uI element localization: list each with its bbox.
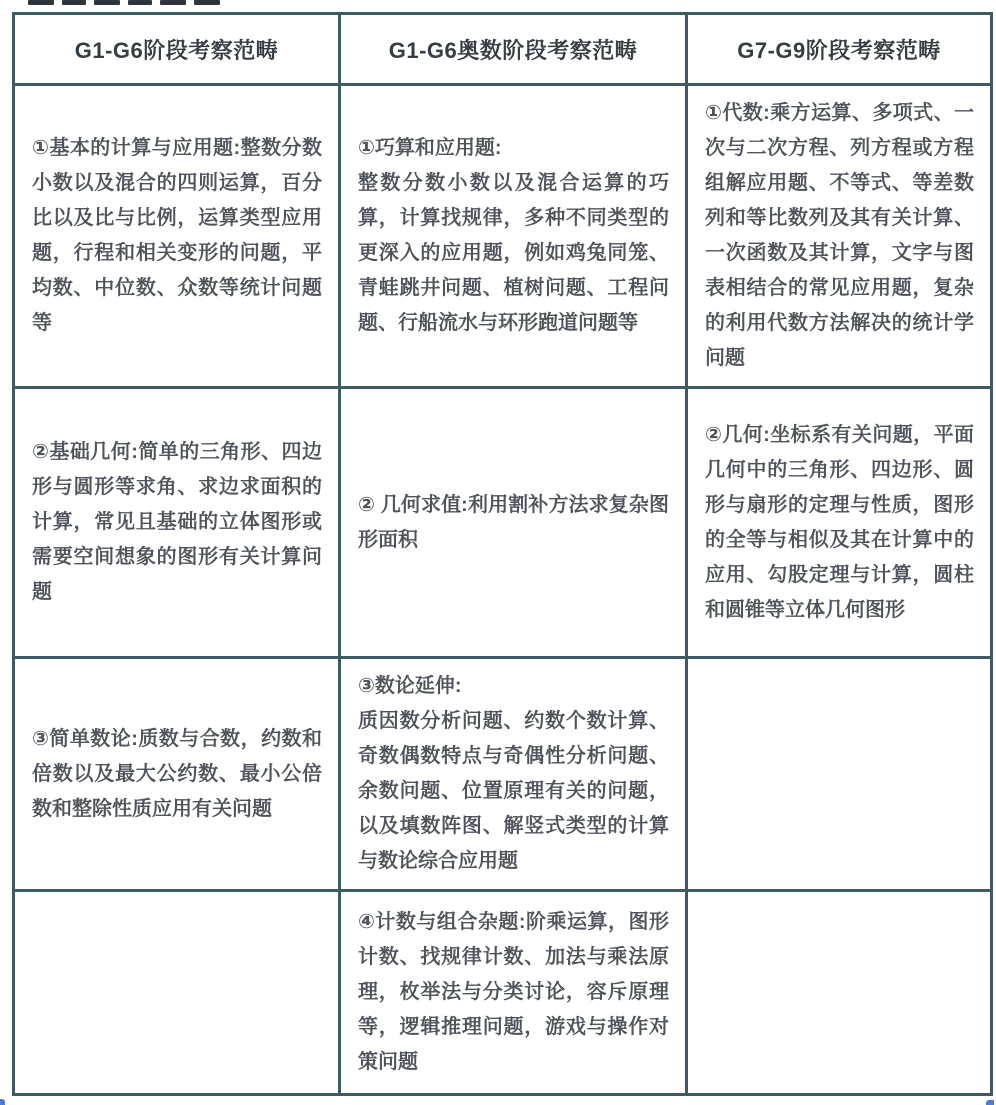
cell-g16-basic-geometry: ②基础几何:简单的三角形、四边形与圆形等求角、求边求面积的计算，常见且基础的立体… xyxy=(14,388,340,658)
cell-g16-number-theory: ③简单数论:质数与合数，约数和倍数以及最大公约数、最小公倍数和整除性质应用有关问… xyxy=(14,658,340,891)
clipped-blue-mark-right xyxy=(986,1100,994,1105)
cell-g79-algebra: ①代数:乘方运算、多项式、一次与二次方程、列方程或方程组解应用题、不等式、等差数… xyxy=(687,85,992,388)
cell-olympiad-geometry-value: ② 几何求值:利用割补方法求复杂图形面积 xyxy=(340,388,687,658)
table-row-2: ②基础几何:简单的三角形、四边形与圆形等求角、求边求面积的计算，常见且基础的立体… xyxy=(14,388,992,658)
header-row: G1-G6阶段考察范畴 G1-G6奥数阶段考察范畴 G7-G9阶段考察范畴 xyxy=(14,14,992,85)
table-row-4: ④计数与组合杂题:阶乘运算，图形计数、找规律计数、加法与乘法原理，枚举法与分类讨… xyxy=(14,891,992,1095)
cell-olympiad-number-theory: ③数论延伸: 质因数分析问题、约数个数计算、奇数偶数特点与奇偶性分析问题、余数问… xyxy=(340,658,687,891)
exam-scope-table: G1-G6阶段考察范畴 G1-G6奥数阶段考察范畴 G7-G9阶段考察范畴 ①基… xyxy=(12,12,993,1096)
table-row-3: ③简单数论:质数与合数，约数和倍数以及最大公约数、最小公倍数和整除性质应用有关问… xyxy=(14,658,992,891)
cell-empty xyxy=(14,891,340,1095)
clipped-blue-mark-left xyxy=(0,1099,5,1105)
cell-olympiad-counting-combinatorics: ④计数与组合杂题:阶乘运算，图形计数、找规律计数、加法与乘法原理，枚举法与分类讨… xyxy=(340,891,687,1095)
header-g7-g9: G7-G9阶段考察范畴 xyxy=(687,14,992,85)
cell-g16-calculation: ①基本的计算与应用题:整数分数小数以及混合的四则运算，百分比以及比与比例，运算类… xyxy=(14,85,340,388)
cell-olympiad-clever-calc: ①巧算和应用题: 整数分数小数以及混合运算的巧算，计算找规律，多种不同类型的更深… xyxy=(340,85,687,388)
header-g1-g6-olympiad: G1-G6奥数阶段考察范畴 xyxy=(340,14,687,85)
header-g1-g6: G1-G6阶段考察范畴 xyxy=(14,14,340,85)
cell-empty xyxy=(687,891,992,1095)
cell-g79-geometry: ②几何:坐标系有关问题，平面几何中的三角形、四边形、圆形与扇形的定理与性质，图形… xyxy=(687,388,992,658)
table-row-1: ①基本的计算与应用题:整数分数小数以及混合的四则运算，百分比以及比与比例，运算类… xyxy=(14,85,992,388)
cell-empty xyxy=(687,658,992,891)
clipped-text-fragment xyxy=(10,0,250,8)
